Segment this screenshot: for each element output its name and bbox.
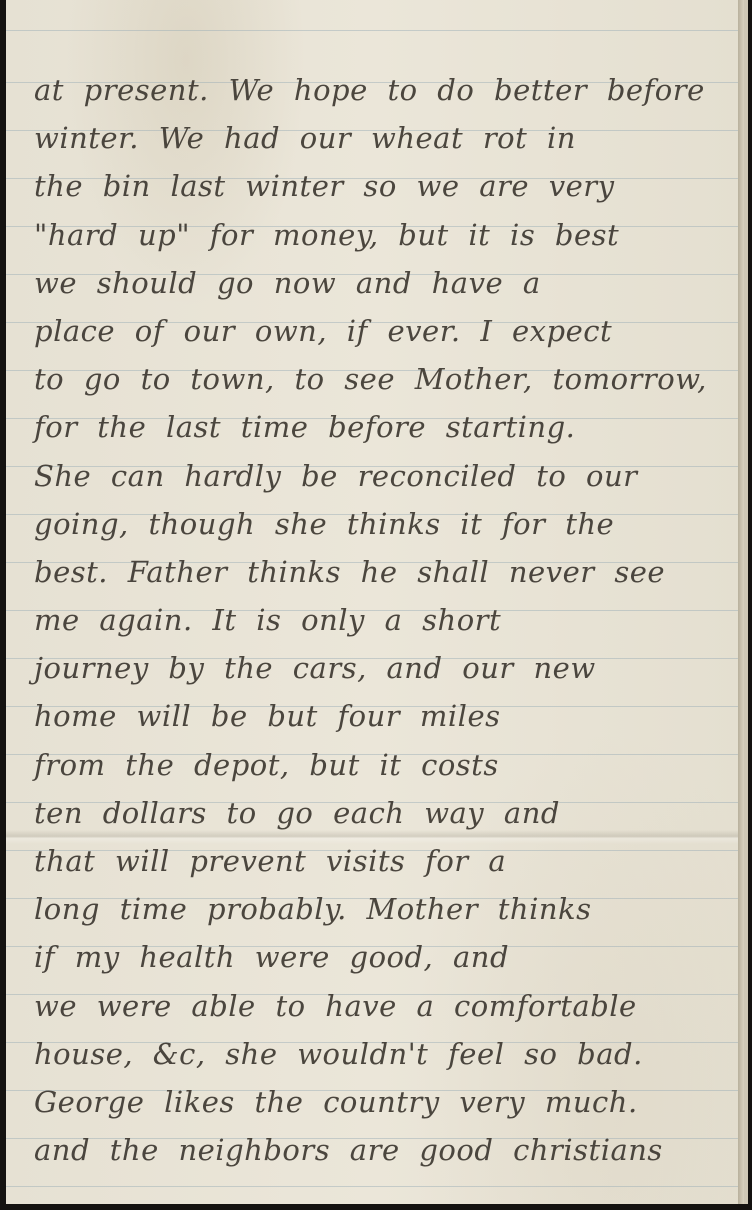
text-line: the bin last winter so we are very — [34, 162, 748, 210]
text-line: ten dollars to go each way and — [34, 789, 748, 837]
text-line: and the neighbors are good christians — [34, 1126, 748, 1174]
text-line: from the depot, but it costs — [34, 741, 748, 789]
text-line: long time probably. Mother thinks — [34, 885, 748, 933]
text-line: place of our own, if ever. I expect — [34, 307, 748, 355]
text-line: me again. It is only a short — [34, 596, 748, 644]
text-line: we were able to have a comfortable — [34, 982, 748, 1030]
text-line: She can hardly be reconciled to our — [34, 452, 748, 500]
text-line: "hard up" for money, but it is best — [34, 211, 748, 259]
scanned-page: at present. We hope to do better before … — [0, 0, 752, 1210]
text-line: best. Father thinks he shall never see — [34, 548, 748, 596]
text-line: if my health were good, and — [34, 933, 748, 981]
handwritten-text: at present. We hope to do better before … — [34, 66, 748, 1174]
letter-paper: at present. We hope to do better before … — [6, 0, 748, 1204]
text-line: going, though she thinks it for the — [34, 500, 748, 548]
text-line: we should go now and have a — [34, 259, 748, 307]
text-line: at present. We hope to do better before — [34, 66, 748, 114]
text-line: winter. We had our wheat rot in — [34, 114, 748, 162]
text-line: George likes the country very much. — [34, 1078, 748, 1126]
text-line: journey by the cars, and our new — [34, 644, 748, 692]
text-line: house, &c, she wouldn't feel so bad. — [34, 1030, 748, 1078]
text-line: home will be but four miles — [34, 692, 748, 740]
text-line: for the last time before starting. — [34, 403, 748, 451]
text-line: to go to town, to see Mother, tomorrow, — [34, 355, 748, 403]
text-line: that will prevent visits for a — [34, 837, 748, 885]
